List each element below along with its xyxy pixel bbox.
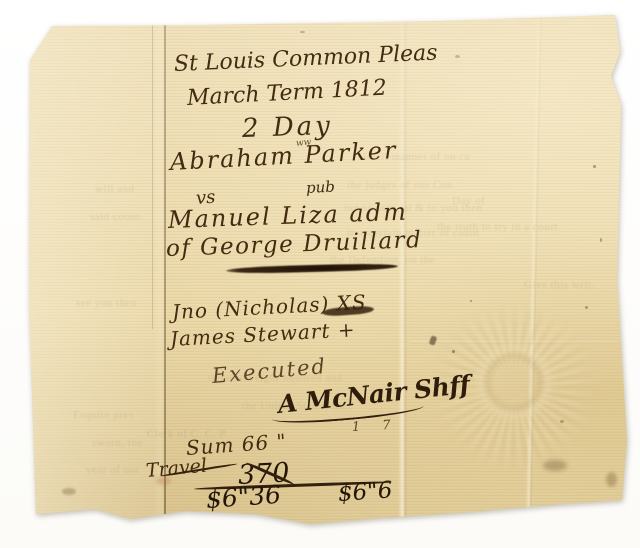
ink-speck xyxy=(560,420,564,423)
stain-smudge xyxy=(606,472,617,487)
pencil-smudge xyxy=(62,488,76,495)
bleedthrough-text: Day of xyxy=(452,195,485,207)
red-smudge xyxy=(156,477,171,485)
heavy-strike-smear xyxy=(226,263,398,275)
plaintiff-flourish-mark: ww xyxy=(295,137,311,149)
cost-amount-crossed: $6"36 xyxy=(205,480,282,514)
day-line: 2 Day xyxy=(241,111,333,144)
ink-speck xyxy=(470,300,472,302)
paper-shadow: will and said count. see you then Esquir… xyxy=(0,0,640,548)
bleedthrough-text: the judges of our Cou xyxy=(347,179,453,191)
term-line: March Term 1812 xyxy=(186,76,387,111)
bleedthrough-text: Esquire pres xyxy=(73,409,134,421)
bleedthrough-text: will and xyxy=(95,183,135,195)
scanned-document: will and said count. see you then Esquir… xyxy=(0,0,640,548)
ink-speck xyxy=(452,350,455,353)
cost-amount-final: $6"6 xyxy=(337,477,393,507)
ink-speck xyxy=(600,238,602,242)
bleedthrough-text: said count. xyxy=(90,211,143,223)
ink-speck xyxy=(300,31,305,33)
plaintiff-name: Abraham Parker xyxy=(169,136,398,176)
fold-line-center xyxy=(398,0,407,548)
bleedthrough-text: sworn, the xyxy=(92,437,143,449)
fold-line-left-inner xyxy=(152,0,153,329)
signature-pen-marks: 1 7 xyxy=(352,418,400,435)
bleedthrough-text: Give this writ. xyxy=(524,279,595,291)
ink-speck xyxy=(593,165,596,168)
manuscript-paper: will and said count. see you then Esquir… xyxy=(0,0,640,548)
stain-smudge xyxy=(543,460,567,471)
pub-abbrev: pub xyxy=(306,178,336,197)
bleedthrough-text: the truth to try in a court xyxy=(437,221,558,233)
ink-speck xyxy=(585,306,588,309)
bleedthrough-text: see you then xyxy=(76,297,137,309)
bleedthrough-text: year of our xyxy=(86,464,140,476)
ink-speck xyxy=(455,55,460,58)
